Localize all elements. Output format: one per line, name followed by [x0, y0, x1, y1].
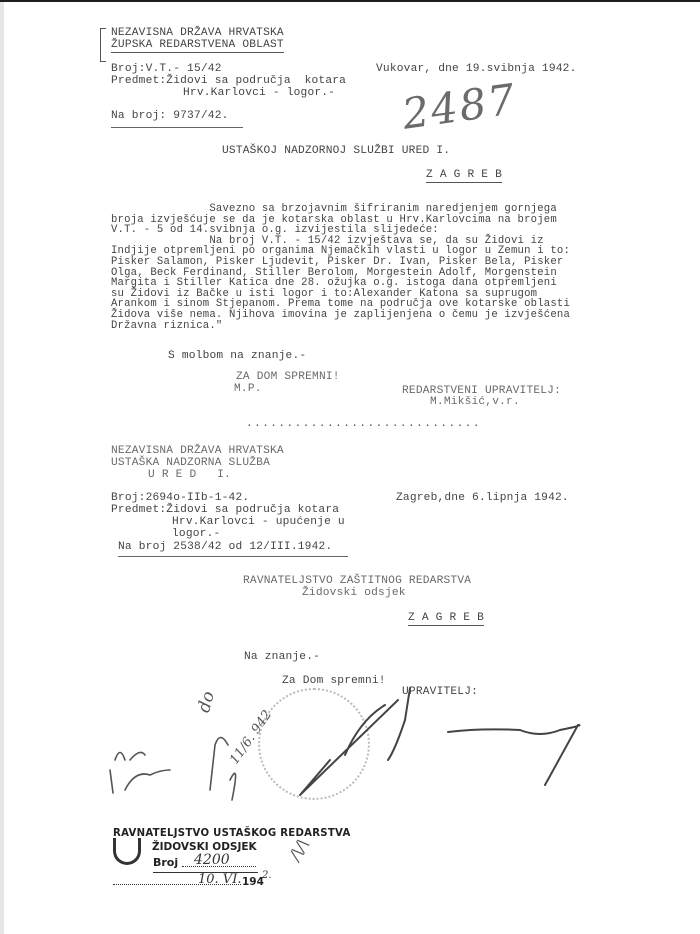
stamp-broj-label: Broj — [153, 856, 178, 869]
stamp-year: 194 — [242, 876, 264, 888]
handwritten-signatures — [0, 0, 700, 934]
stamp-broj-value: 4200 — [194, 852, 230, 868]
stamp-date-value: 10. VI. — [198, 872, 241, 887]
stamp-title: RAVNATELJSTVO USTAŠKOG REDARSTVA — [113, 826, 351, 839]
stamp-horseshoe-emblem — [113, 838, 141, 865]
stamp-year-suffix: 2. — [262, 870, 272, 881]
